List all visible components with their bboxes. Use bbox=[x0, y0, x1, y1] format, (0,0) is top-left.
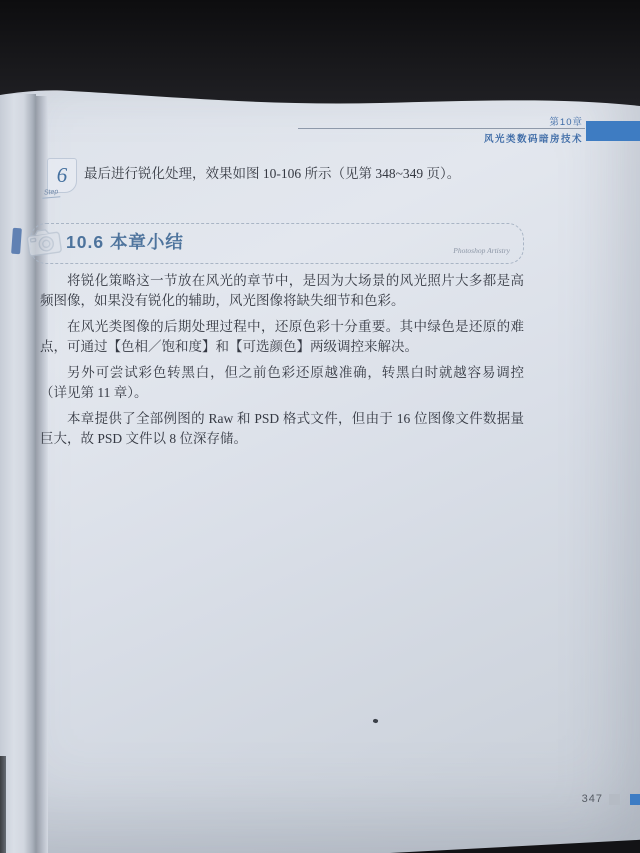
running-head-rule bbox=[298, 128, 585, 129]
paragraph: 在风光类图像的后期处理过程中，还原色彩十分重要。其中绿色是还原的难点，可通过【色… bbox=[40, 317, 524, 356]
section-heading: 10.6 本章小结 bbox=[66, 229, 184, 254]
step-label: Step bbox=[42, 188, 61, 199]
chapter-edge-tab bbox=[11, 228, 22, 255]
watermark-text: Photoshop Artistry bbox=[453, 246, 510, 255]
camera-icon bbox=[24, 222, 66, 262]
section-title: 本章小结 bbox=[110, 232, 184, 252]
footer-gray-square bbox=[609, 794, 620, 805]
paragraph: 将锐化策略这一节放在风光的章节中，是因为大场景的风光照片大多都是高频图像，如果没… bbox=[40, 271, 524, 310]
dark-background-left bbox=[0, 756, 6, 853]
page-stack-edge bbox=[0, 94, 36, 853]
running-head-title: 风光类数码暗房技术 bbox=[243, 131, 583, 145]
page-number: 347 bbox=[582, 793, 603, 805]
binding-gutter bbox=[36, 96, 48, 853]
dark-background-top bbox=[0, 0, 640, 120]
section-number: 10.6 bbox=[66, 232, 104, 252]
step-text: 最后进行锐化处理，效果如图 10-106 所示（见第 348~349 页）。 bbox=[84, 164, 484, 183]
running-head-chapter: 第10章 bbox=[283, 114, 583, 128]
book-page bbox=[0, 86, 640, 853]
book-photo: 第10章 风光类数码暗房技术 6 Step 最后进行锐化处理，效果如图 10-1… bbox=[0, 0, 640, 853]
paragraph: 另外可尝试彩色转黑白，但之前色彩还原越准确，转黑白时就越容易调控（详见第 11 … bbox=[40, 363, 524, 402]
chapter-color-block bbox=[586, 121, 640, 141]
step-number: 6 bbox=[57, 163, 68, 187]
footer-blue-square bbox=[630, 794, 640, 805]
paragraph: 本章提供了全部例图的 Raw 和 PSD 格式文件，但由于 16 位图像文件数据… bbox=[40, 409, 524, 448]
step-number-box: 6 bbox=[47, 158, 77, 193]
body-text: 将锐化策略这一节放在风光的章节中，是因为大场景的风光照片大多都是高频图像，如果没… bbox=[40, 271, 524, 455]
